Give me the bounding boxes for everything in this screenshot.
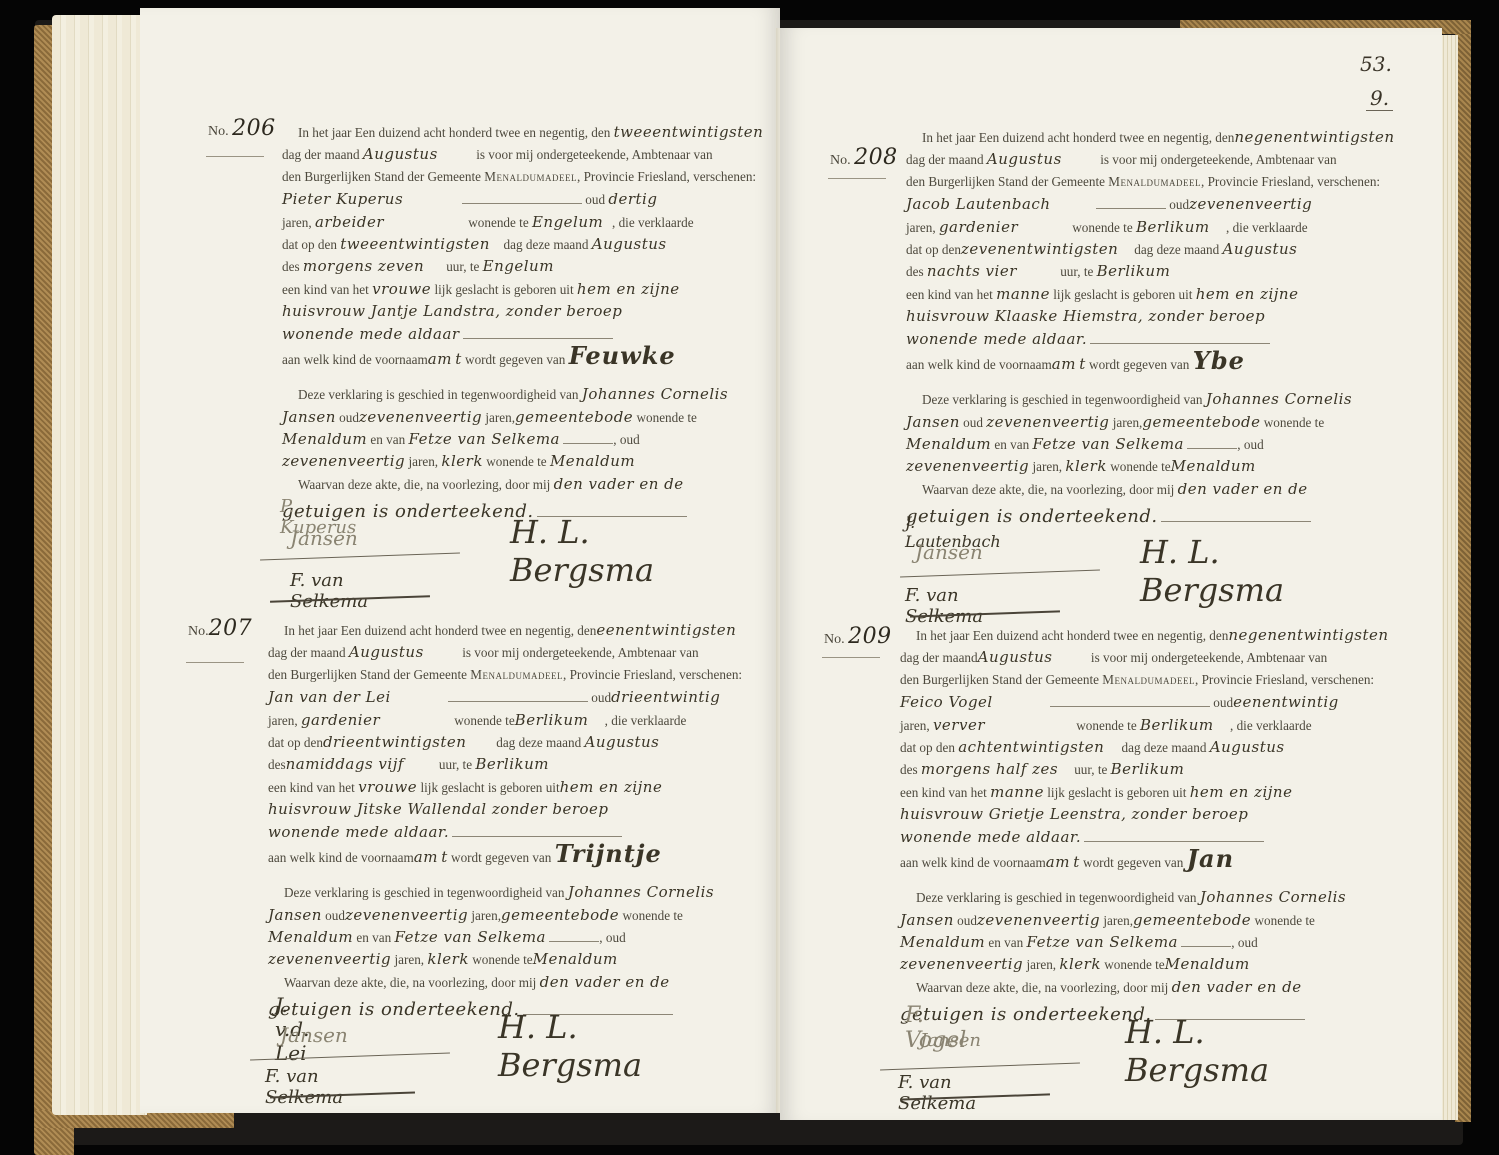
witness1-signature: Jansen: [290, 526, 358, 550]
signature-rule: [260, 553, 460, 561]
child-name: Trijntje: [555, 839, 662, 868]
witness1-signature: Jansen: [915, 540, 983, 564]
entry-form: In het jaar Een duizend acht honderd twe…: [900, 624, 1400, 1032]
folio-number: 53.: [1360, 52, 1392, 76]
declarant-name: Feico Vogel: [900, 691, 1050, 713]
signature-rule: [880, 1063, 1080, 1071]
child-name: Jan: [1187, 844, 1234, 873]
child-name: Feuwke: [569, 341, 676, 370]
registrar-signature: H. L. Bergsma: [1140, 533, 1284, 609]
left-page: No. 206 In het jaar Een duizend acht hon…: [140, 8, 780, 1113]
entry-number-rule: [828, 178, 886, 179]
declarant-name: Jacob Lautenbach: [906, 193, 1096, 215]
witness2-signature: F. van Selkema: [265, 1066, 343, 1108]
registrar-signature: H. L. Bergsma: [510, 513, 654, 589]
entry-number: No. 208: [830, 145, 898, 170]
entry-number-rule: [186, 662, 244, 663]
witness1-signature: Jansen: [280, 1023, 348, 1047]
right-page: 53. 9. No. 208 In het jaar Een duizend a…: [780, 28, 1442, 1120]
entry-number: No.207: [188, 616, 252, 641]
entry-number-rule: [206, 156, 264, 157]
sub-number: 9.: [1366, 86, 1393, 111]
entry-number: No. 206: [208, 116, 276, 141]
signature-rule: [900, 570, 1100, 578]
entry-number: No. 209: [824, 624, 892, 649]
witness2-signature: F. van Selkema: [905, 585, 983, 627]
page-edges-left: [52, 15, 147, 1115]
registrar-signature: H. L. Bergsma: [1125, 1013, 1269, 1089]
witness2-signature: F. van Selkema: [290, 570, 368, 612]
entry-form: In het jaar Een duizend acht honderd twe…: [282, 121, 782, 529]
page-edges-right: [1440, 35, 1458, 1120]
registrar-signature: H. L. Bergsma: [498, 1008, 642, 1084]
declarant-name: Pieter Kuperus: [282, 188, 462, 210]
declarant-name: Jan van der Lei: [268, 686, 448, 708]
witness2-signature: F. van Selkema: [898, 1072, 976, 1114]
entry-form: In het jaar Een duizend acht honderd twe…: [268, 619, 768, 1027]
child-name: Ybe: [1193, 346, 1245, 375]
entry-form: In het jaar Een duizend acht honderd twe…: [906, 126, 1406, 534]
witness1-signature: Jansen: [920, 1030, 981, 1051]
entry-number-rule: [822, 657, 880, 658]
